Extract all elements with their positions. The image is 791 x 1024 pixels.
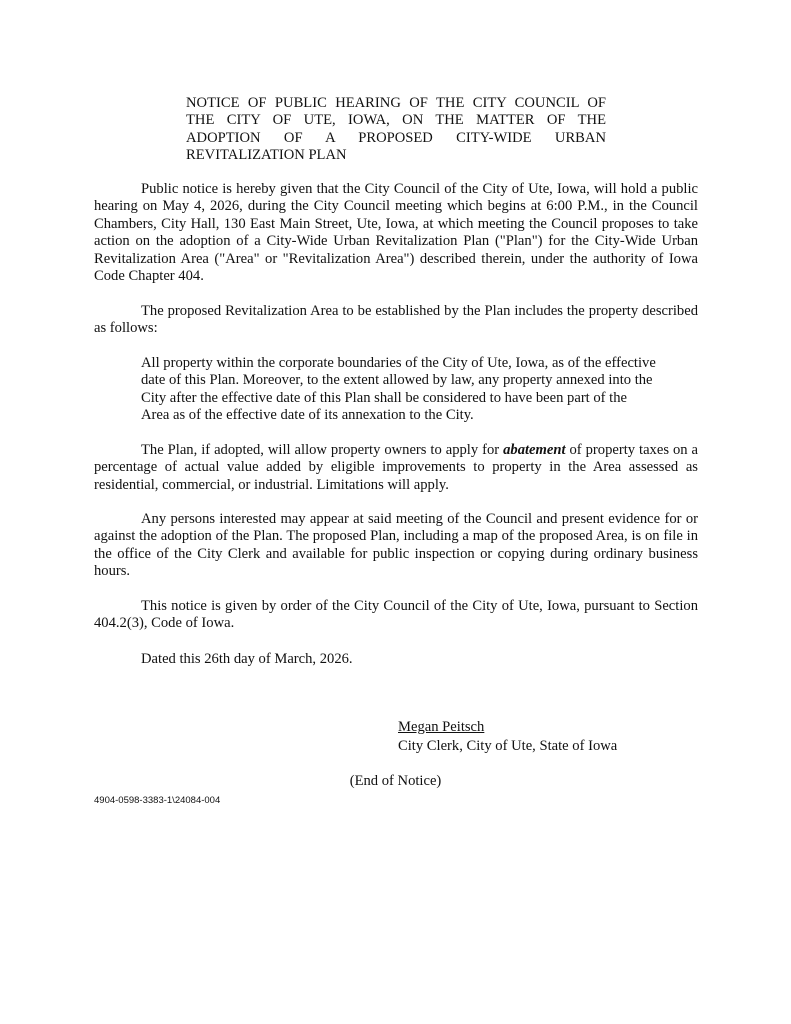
- abatement-text-before: The Plan, if adopted, will allow propert…: [141, 442, 503, 458]
- authority-paragraph-block: This notice is given by order of the Cit…: [94, 598, 698, 633]
- abatement-emphasis: abatement: [503, 442, 565, 458]
- end-of-notice: (End of Notice): [0, 773, 791, 790]
- hearing-paragraph: Public notice is hereby given that the C…: [94, 181, 698, 285]
- hearing-paragraph-block: Public notice is hereby given that the C…: [94, 181, 698, 285]
- signature-name: Megan Peitsch: [398, 719, 484, 736]
- title-line: NOTICE OF PUBLIC HEARING OF THE CITY COU…: [186, 95, 606, 112]
- dated-line: Dated this 26th day of March, 2026.: [94, 651, 698, 668]
- area-paragraph: The proposed Revitalization Area to be e…: [94, 303, 698, 338]
- inspection-paragraph: Any persons interested may appear at sai…: [94, 511, 698, 581]
- document-id: 4904-0598-3383-1\24084-004: [94, 795, 220, 807]
- notice-title: NOTICE OF PUBLIC HEARING OF THE CITY COU…: [186, 95, 606, 165]
- document-page: NOTICE OF PUBLIC HEARING OF THE CITY COU…: [0, 0, 791, 1024]
- inspection-paragraph-block: Any persons interested may appear at sai…: [94, 511, 698, 581]
- area-paragraph-block: The proposed Revitalization Area to be e…: [94, 303, 698, 338]
- title-line: ADOPTION OF A PROPOSED CITY-WIDE URBAN: [186, 130, 606, 147]
- authority-paragraph: This notice is given by order of the Cit…: [94, 598, 698, 633]
- dated-line-block: Dated this 26th day of March, 2026.: [94, 651, 698, 668]
- title-line: REVITALIZATION PLAN: [186, 147, 606, 164]
- signature-title: City Clerk, City of Ute, State of Iowa: [398, 738, 617, 755]
- abatement-paragraph: The Plan, if adopted, will allow propert…: [94, 442, 698, 494]
- property-description: All property within the corporate bounda…: [141, 355, 656, 425]
- title-line: THE CITY OF UTE, IOWA, ON THE MATTER OF …: [186, 112, 606, 129]
- abatement-paragraph-block: The Plan, if adopted, will allow propert…: [94, 442, 698, 494]
